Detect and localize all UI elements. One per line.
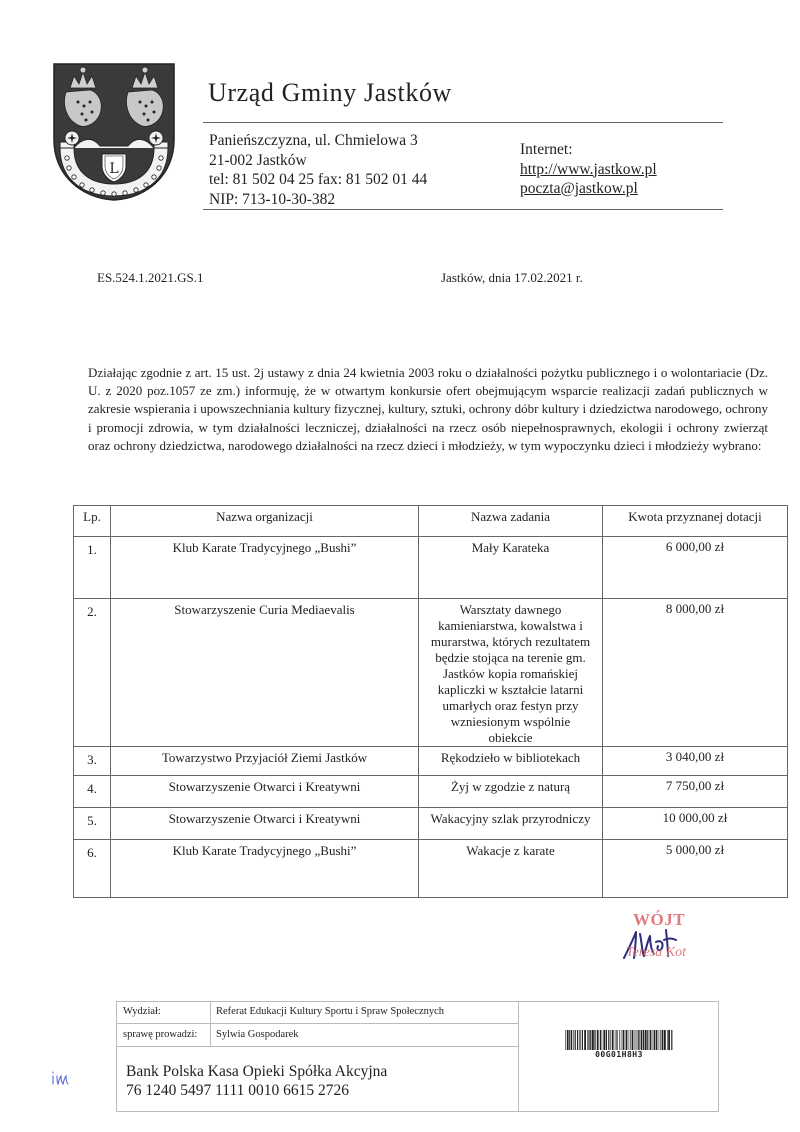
- footer-handler-row: sprawę prowadzi: Sylwia Gospodarek: [116, 1024, 518, 1047]
- table-row: 2. Stowarzyszenie Curia Mediaevalis Wars…: [74, 599, 788, 747]
- table-row: 3. Towarzystwo Przyjaciół Ziemi Jastków …: [74, 747, 788, 776]
- cell-task: Mały Karateka: [419, 537, 603, 599]
- footer-divider: [518, 1001, 519, 1111]
- cell-lp: 4.: [74, 776, 111, 808]
- header-lp: Lp.: [74, 506, 111, 537]
- cell-organization: Stowarzyszenie Curia Mediaevalis: [111, 599, 419, 747]
- coat-of-arms-icon: L: [52, 62, 176, 202]
- table-row: 6. Klub Karate Tradycyjnego „Bushi” Waka…: [74, 840, 788, 898]
- address-nip: NIP: 713-10-30-382: [209, 190, 427, 210]
- cell-organization: Stowarzyszenie Otwarci i Kreatywni: [111, 776, 419, 808]
- address-postal: 21-002 Jastków: [209, 151, 427, 171]
- email-link[interactable]: poczta@jastkow.pl: [520, 179, 657, 199]
- footer-cell-divider: [210, 1024, 211, 1046]
- table-header-row: Lp. Nazwa organizacji Nazwa zadania Kwot…: [74, 506, 788, 537]
- handler-value: Sylwia Gospodarek: [216, 1029, 299, 1040]
- header-rule-bottom: [203, 209, 723, 210]
- address-phone: tel: 81 502 04 25 fax: 81 502 01 44: [209, 170, 427, 190]
- cell-lp: 6.: [74, 840, 111, 898]
- cell-amount: 7 750,00 zł: [603, 776, 788, 808]
- handler-label: sprawę prowadzi:: [123, 1029, 197, 1040]
- cell-amount: 6 000,00 zł: [603, 537, 788, 599]
- place-and-date: Jastków, dnia 17.02.2021 r.: [441, 270, 583, 286]
- bank-info: Bank Polska Kasa Opieki Spółka Akcyjna 7…: [126, 1062, 387, 1100]
- cell-organization: Klub Karate Tradycyjnego „Bushi”: [111, 537, 419, 599]
- cell-amount: 5 000,00 zł: [603, 840, 788, 898]
- bank-account: 76 1240 5497 1111 0010 6615 2726: [126, 1081, 387, 1100]
- cell-task: Warsztaty dawnego kamieniarstwa, kowalst…: [419, 599, 603, 747]
- table-row: 1. Klub Karate Tradycyjnego „Bushi” Mały…: [74, 537, 788, 599]
- address-street: Panieńszczyzna, ul. Chmielowa 3: [209, 131, 427, 151]
- department-value: Referat Edukacji Kultury Sportu i Spraw …: [216, 1006, 444, 1017]
- grants-table: Lp. Nazwa organizacji Nazwa zadania Kwot…: [73, 505, 788, 898]
- cell-amount: 10 000,00 zł: [603, 808, 788, 840]
- office-title: Urząd Gminy Jastków: [208, 78, 452, 108]
- reference-number: ES.524.1.2021.GS.1: [97, 270, 204, 286]
- department-label: Wydział:: [123, 1006, 161, 1017]
- cell-organization: Towarzystwo Przyjaciół Ziemi Jastków: [111, 747, 419, 776]
- header-amount: Kwota przyznanej dotacji: [603, 506, 788, 537]
- office-contact: Internet: http://www.jastkow.pl poczta@j…: [520, 140, 657, 199]
- cell-lp: 3.: [74, 747, 111, 776]
- bank-name: Bank Polska Kasa Opieki Spółka Akcyjna: [126, 1062, 387, 1081]
- cell-lp: 5.: [74, 808, 111, 840]
- footer-department-row: Wydział: Referat Edukacji Kultury Sportu…: [116, 1001, 518, 1024]
- cell-task: Wakacje z karate: [419, 840, 603, 898]
- cell-lp: 2.: [74, 599, 111, 747]
- table-row: 5. Stowarzyszenie Otwarci i Kreatywni Wa…: [74, 808, 788, 840]
- svg-text:L: L: [109, 161, 118, 177]
- cell-organization: Stowarzyszenie Otwarci i Kreatywni: [111, 808, 419, 840]
- office-address: Panieńszczyzna, ul. Chmielowa 3 21-002 J…: [209, 131, 427, 209]
- barcode-icon: [565, 1030, 673, 1050]
- footer-cell-divider: [210, 1001, 211, 1023]
- header-rule-top: [203, 122, 723, 123]
- handwritten-initials-icon: [50, 1070, 74, 1086]
- website-link[interactable]: http://www.jastkow.pl: [520, 160, 657, 180]
- table-row: 4. Stowarzyszenie Otwarci i Kreatywni Ży…: [74, 776, 788, 808]
- cell-organization: Klub Karate Tradycyjnego „Bushi”: [111, 840, 419, 898]
- cell-amount: 3 040,00 zł: [603, 747, 788, 776]
- header-organization: Nazwa organizacji: [111, 506, 419, 537]
- barcode-number: 00G01H8H3: [565, 1050, 673, 1059]
- contact-label: Internet:: [520, 140, 657, 160]
- cell-task: Rękodzieło w bibliotekach: [419, 747, 603, 776]
- cell-lp: 1.: [74, 537, 111, 599]
- stamp-name: Teresa Kot: [626, 945, 686, 961]
- body-paragraph: Działając zgodnie z art. 15 ust. 2j usta…: [88, 364, 768, 455]
- cell-task: Wakacyjny szlak przyrodniczy: [419, 808, 603, 840]
- cell-task: Żyj w zgodzie z naturą: [419, 776, 603, 808]
- cell-amount: 8 000,00 zł: [603, 599, 788, 747]
- header-task: Nazwa zadania: [419, 506, 603, 537]
